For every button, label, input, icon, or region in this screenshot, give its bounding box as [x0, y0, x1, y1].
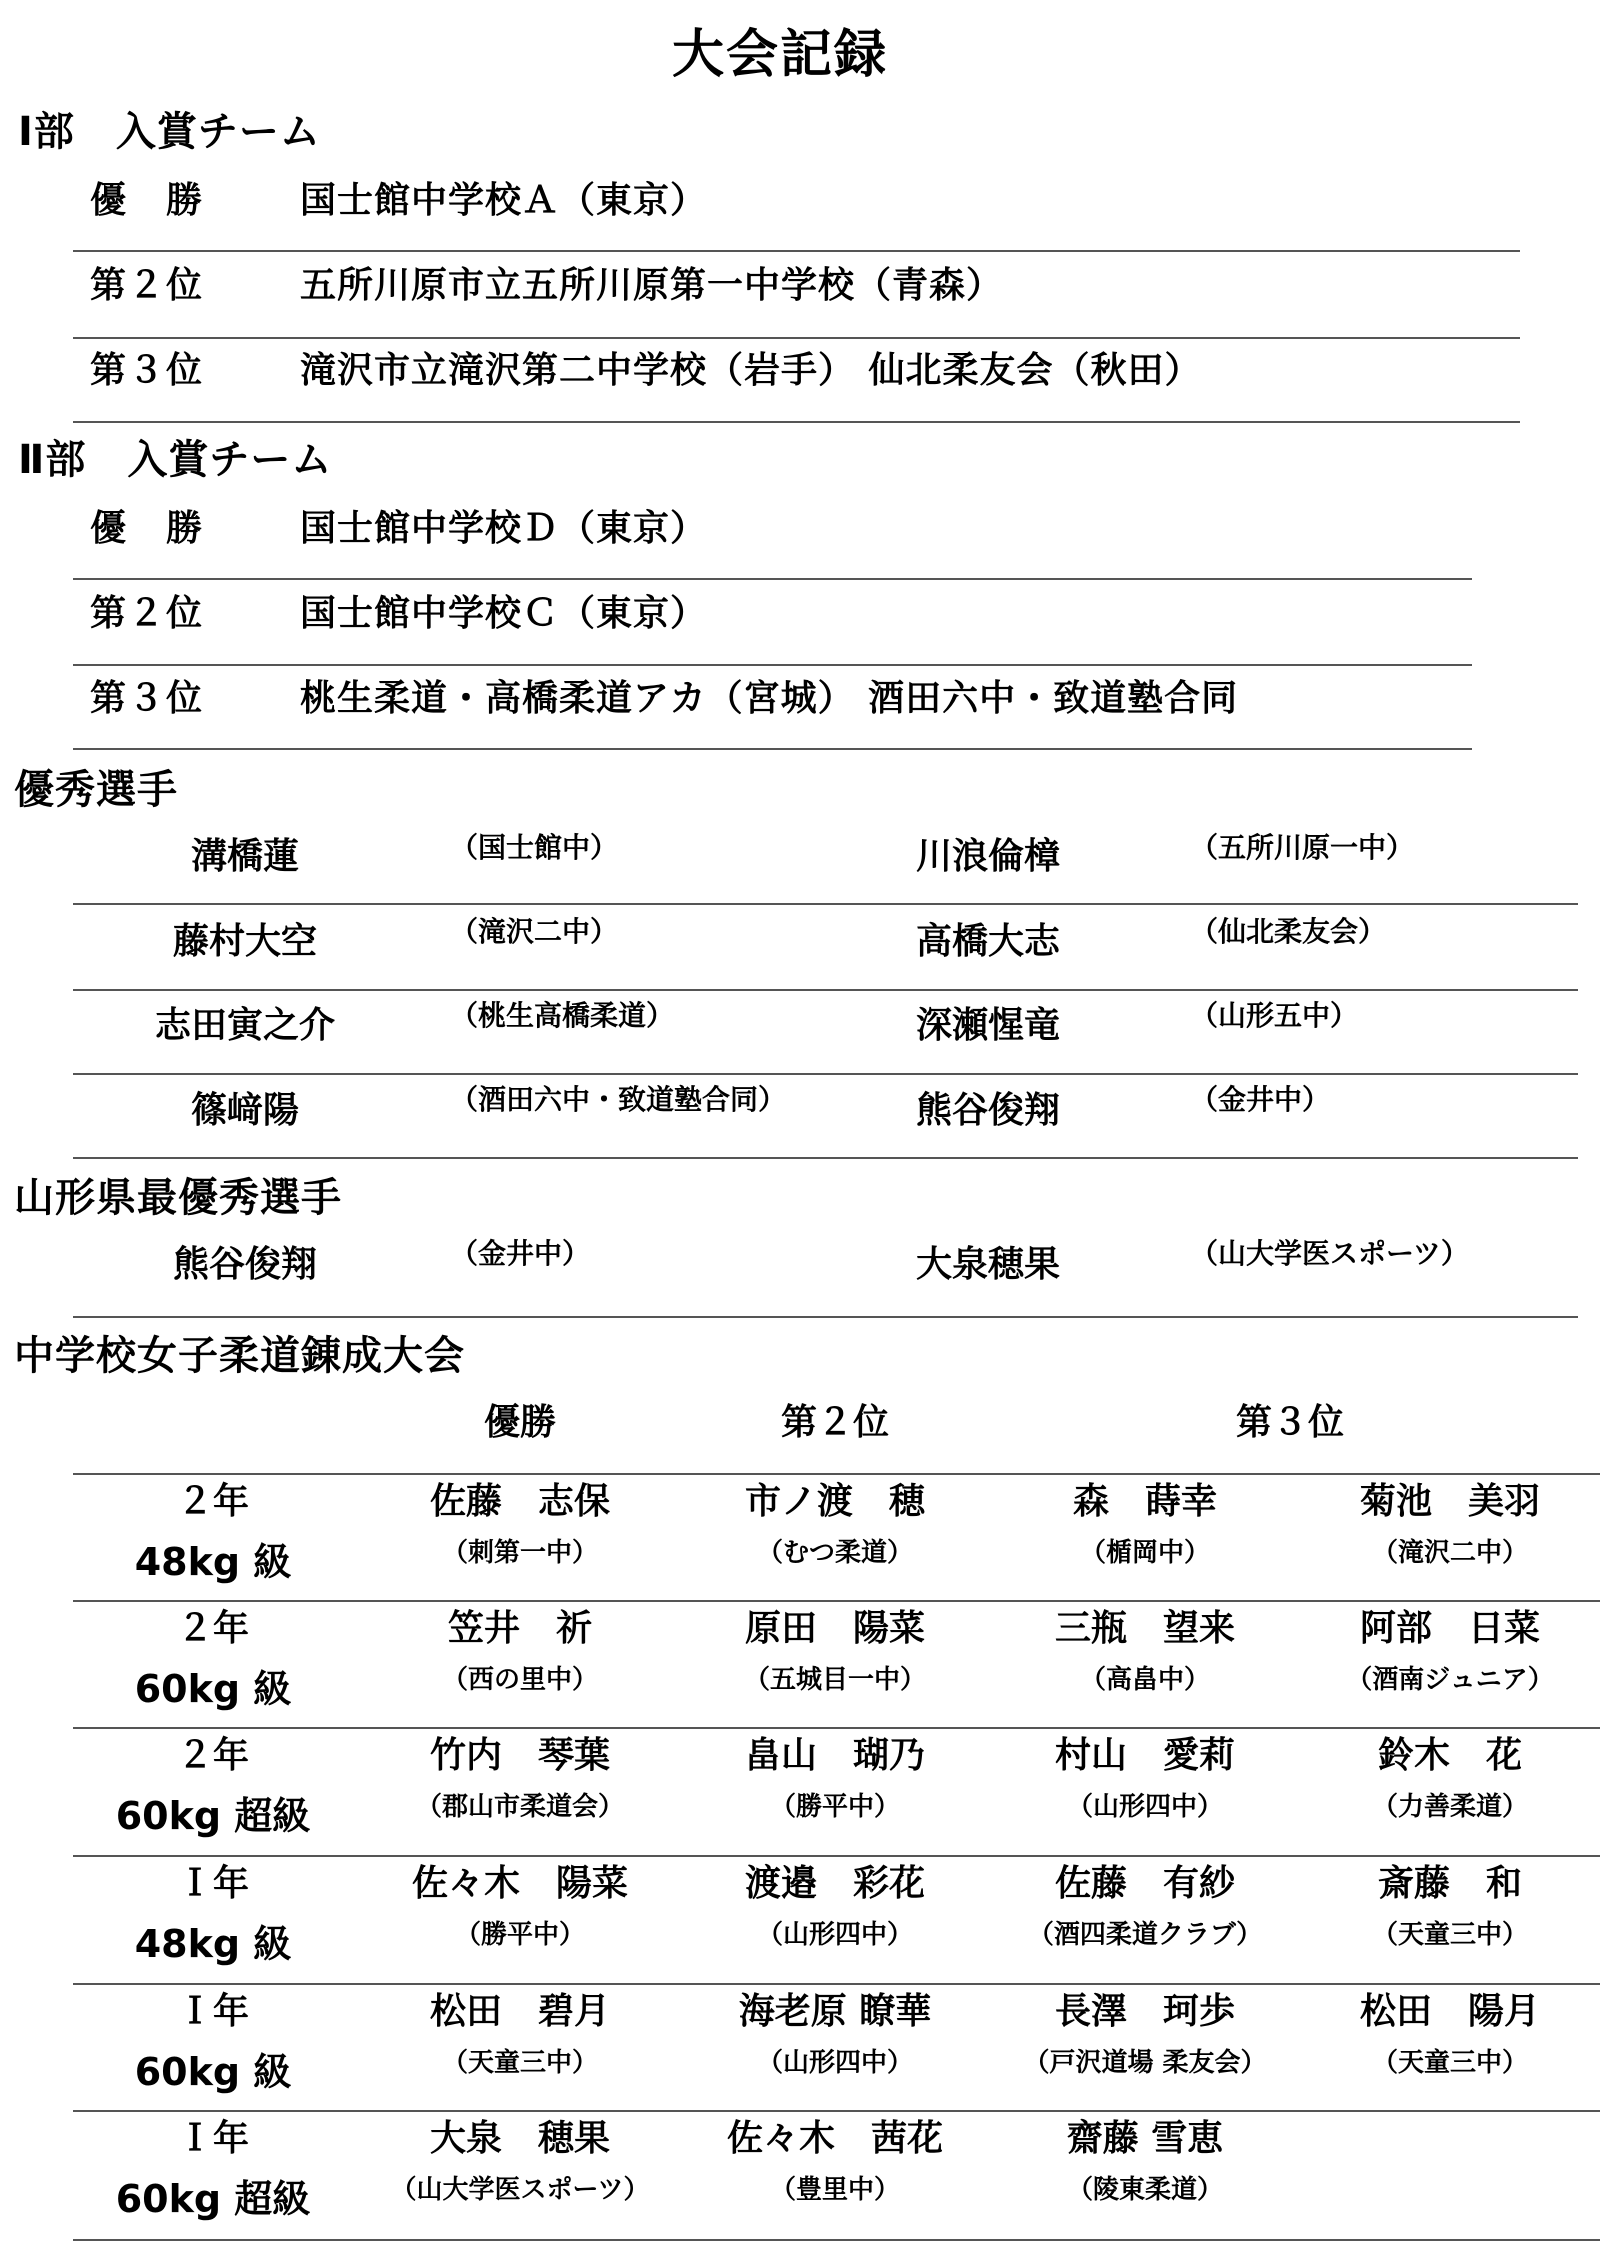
result-third: 松田 陽月 （天童三中）: [1300, 1990, 1600, 2080]
column-header-winner: 優勝: [420, 1394, 620, 1445]
division2-team: 国士館中学校Ｄ（東京）: [300, 500, 707, 551]
divider: [73, 1600, 1600, 1602]
player-name: 志田寅之介: [115, 997, 375, 1048]
athlete-name: 市ノ渡 穂: [685, 1480, 985, 1524]
athlete-name: 菊池 美羽: [1300, 1480, 1600, 1524]
grade: Ｉ年: [73, 1990, 353, 2034]
athlete-affiliation: （楯岡中）: [995, 1536, 1295, 1570]
grade: ２年: [73, 1480, 353, 1524]
player-affiliation: （山形五中）: [1190, 994, 1358, 1034]
result-winner: 竹内 琴葉 （郡山市柔道会）: [370, 1734, 670, 1824]
athlete-name: 鈴木 花: [1300, 1734, 1600, 1778]
athlete-affiliation: （戸沢道場 柔友会）: [995, 2046, 1295, 2080]
athlete-affiliation: （天童三中）: [1300, 1918, 1600, 1952]
weight-class: 60kg 超級: [73, 2177, 353, 2221]
result-winner: 大泉 穂果 （山大学医スポーツ）: [370, 2117, 670, 2207]
girls-heading: 中学校女子柔道錬成大会: [14, 1324, 465, 1381]
weight-class: 48kg 級: [73, 1922, 353, 1966]
athlete-affiliation: （豊里中）: [685, 2173, 985, 2207]
result-second: 原田 陽菜 （五城目一中）: [685, 1607, 985, 1697]
athlete-affiliation: （天童三中）: [370, 2046, 670, 2080]
category-cell: Ｉ年 48kg 級: [73, 1862, 353, 1966]
category-cell: Ｉ年 60kg 級: [73, 1990, 353, 2094]
player-name: 藤村大空: [115, 913, 375, 964]
athlete-affiliation: （五城目一中）: [685, 1663, 985, 1697]
player-name: 大泉穂果: [858, 1236, 1118, 1287]
grade: Ｉ年: [73, 2117, 353, 2161]
athlete-affiliation: （郡山市柔道会）: [370, 1790, 670, 1824]
athlete-name: 齋藤 雪恵: [995, 2117, 1295, 2161]
result-winner: 佐藤 志保 （刺第一中）: [370, 1480, 670, 1570]
outstanding-heading: 優秀選手: [14, 758, 178, 815]
grade: Ｉ年: [73, 1862, 353, 1906]
divider: [73, 337, 1520, 339]
athlete-affiliation: （天童三中）: [1300, 2046, 1600, 2080]
result-third: 村山 愛莉 （山形四中）: [995, 1734, 1295, 1824]
division1-team: 滝沢市立滝沢第二中学校（岩手） 仙北柔友会（秋田）: [300, 342, 1202, 393]
athlete-name: 笠井 祈: [370, 1607, 670, 1651]
player-name: 川浪倫樟: [858, 828, 1118, 879]
divider: [73, 1473, 1600, 1475]
division2-team: 国士館中学校Ｃ（東京）: [300, 585, 707, 636]
result-second: 海老原 瞭華 （山形四中）: [685, 1990, 985, 2080]
athlete-affiliation: （酒四柔道クラブ）: [995, 1918, 1295, 1952]
weight-class: 48kg 級: [73, 1540, 353, 1584]
result-second: 市ノ渡 穂 （むつ柔道）: [685, 1480, 985, 1570]
result-third: 齋藤 雪恵 （陵東柔道）: [995, 2117, 1295, 2207]
athlete-affiliation: （勝平中）: [370, 1918, 670, 1952]
category-cell: ２年 48kg 級: [73, 1480, 353, 1584]
result-second: 渡邉 彩花 （山形四中）: [685, 1862, 985, 1952]
player-name: 深瀬惺竜: [858, 997, 1118, 1048]
player-affiliation: （桃生高橋柔道）: [450, 994, 674, 1034]
result-winner: 松田 碧月 （天童三中）: [370, 1990, 670, 2080]
divider: [73, 2110, 1600, 2112]
result-second: 佐々木 茜花 （豊里中）: [685, 2117, 985, 2207]
athlete-name: 佐藤 有紗: [995, 1862, 1295, 1906]
athlete-affiliation: （むつ柔道）: [685, 1536, 985, 1570]
column-header-second: 第２位: [735, 1394, 935, 1445]
category-cell: ２年 60kg 級: [73, 1607, 353, 1711]
player-affiliation: （五所川原一中）: [1190, 826, 1414, 866]
category-cell: ２年 60kg 超級: [73, 1734, 353, 1838]
athlete-name: 斎藤 和: [1300, 1862, 1600, 1906]
category-cell: Ｉ年 60kg 超級: [73, 2117, 353, 2221]
athlete-name: 長澤 珂歩: [995, 1990, 1295, 2034]
athlete-affiliation: （滝沢二中）: [1300, 1536, 1600, 1570]
player-name: 熊谷俊翔: [115, 1236, 375, 1287]
weight-class: 60kg 級: [73, 2050, 353, 2094]
athlete-name: 村山 愛莉: [995, 1734, 1295, 1778]
divider: [73, 2239, 1600, 2241]
result-third: 佐藤 有紗 （酒四柔道クラブ）: [995, 1862, 1295, 1952]
athlete-affiliation: （酒南ジュニア）: [1300, 1663, 1600, 1697]
divider: [73, 989, 1578, 991]
player-affiliation: （仙北柔友会）: [1190, 910, 1386, 950]
result-third: 阿部 日菜 （酒南ジュニア）: [1300, 1607, 1600, 1697]
divider: [73, 1727, 1600, 1729]
result-third: 長澤 珂歩 （戸沢道場 柔友会）: [995, 1990, 1295, 2080]
result-winner: 佐々木 陽菜 （勝平中）: [370, 1862, 670, 1952]
player-name: 溝橋蓮: [115, 828, 375, 879]
division1-rank: 第３位: [90, 342, 204, 393]
athlete-name: 森 蒔幸: [995, 1480, 1295, 1524]
result-third: 森 蒔幸 （楯岡中）: [995, 1480, 1295, 1570]
division2-team: 桃生柔道・高橋柔道アカ（宮城） 酒田六中・致道塾合同: [300, 670, 1238, 721]
athlete-affiliation: （陵東柔道）: [995, 2173, 1295, 2207]
divider: [73, 1157, 1578, 1159]
divider: [73, 1316, 1578, 1318]
yamagata-best-heading: 山形県最優秀選手: [14, 1166, 342, 1223]
athlete-name: 海老原 瞭華: [685, 1990, 985, 2034]
athlete-affiliation: （刺第一中）: [370, 1536, 670, 1570]
player-affiliation: （山大学医スポーツ）: [1190, 1232, 1469, 1272]
division1-rank: 優 勝: [90, 172, 204, 223]
athlete-name: 松田 陽月: [1300, 1990, 1600, 2034]
athlete-affiliation: （山形四中）: [995, 1790, 1295, 1824]
divider: [73, 664, 1472, 666]
athlete-affiliation: （山大学医スポーツ）: [370, 2173, 670, 2207]
result-third: 菊池 美羽 （滝沢二中）: [1300, 1480, 1600, 1570]
divider: [73, 903, 1578, 905]
divider: [73, 578, 1472, 580]
column-header-third: 第３位: [1190, 1394, 1390, 1445]
athlete-affiliation: （西の里中）: [370, 1663, 670, 1697]
athlete-affiliation: （山形四中）: [685, 1918, 985, 1952]
athlete-name: 佐々木 陽菜: [370, 1862, 670, 1906]
division2-rank: 第２位: [90, 585, 204, 636]
grade: ２年: [73, 1607, 353, 1651]
athlete-name: 阿部 日菜: [1300, 1607, 1600, 1651]
division1-team: 五所川原市立五所川原第一中学校（青森）: [300, 257, 1003, 308]
result-third: 斎藤 和 （天童三中）: [1300, 1862, 1600, 1952]
athlete-name: 三瓶 望来: [995, 1607, 1295, 1651]
athlete-affiliation: （山形四中）: [685, 2046, 985, 2080]
athlete-name: 竹内 琴葉: [370, 1734, 670, 1778]
player-affiliation: （金井中）: [450, 1232, 590, 1272]
athlete-name: 佐々木 茜花: [685, 2117, 985, 2161]
athlete-name: 畠山 瑚乃: [685, 1734, 985, 1778]
result-second: 畠山 瑚乃 （勝平中）: [685, 1734, 985, 1824]
athlete-affiliation: （力善柔道）: [1300, 1790, 1600, 1824]
divider: [73, 250, 1520, 252]
result-third: 鈴木 花 （力善柔道）: [1300, 1734, 1600, 1824]
result-third: 三瓶 望来 （高畠中）: [995, 1607, 1295, 1697]
weight-class: 60kg 級: [73, 1667, 353, 1711]
divider: [73, 748, 1472, 750]
athlete-name: 渡邉 彩花: [685, 1862, 985, 1906]
weight-class: 60kg 超級: [73, 1794, 353, 1838]
divider: [73, 1855, 1600, 1857]
player-affiliation: （酒田六中・致道塾合同）: [450, 1078, 786, 1118]
player-name: 熊谷俊翔: [858, 1082, 1118, 1133]
result-winner: 笠井 祈 （西の里中）: [370, 1607, 670, 1697]
division1-heading: Ⅰ部 入賞チーム: [18, 100, 321, 157]
division1-rank: 第２位: [90, 257, 204, 308]
divider: [73, 1073, 1578, 1075]
player-name: 篠﨑陽: [115, 1082, 375, 1133]
athlete-name: 佐藤 志保: [370, 1480, 670, 1524]
divider: [73, 1983, 1600, 1985]
division2-rank: 優 勝: [90, 500, 204, 551]
player-name: 高橋大志: [858, 913, 1118, 964]
athlete-affiliation: （勝平中）: [685, 1790, 985, 1824]
athlete-affiliation: （高畠中）: [995, 1663, 1295, 1697]
division2-heading: Ⅱ部 入賞チーム: [18, 428, 332, 485]
athlete-name: 原田 陽菜: [685, 1607, 985, 1651]
division1-team: 国士館中学校Ａ（東京）: [300, 172, 707, 223]
athlete-name: 松田 碧月: [370, 1990, 670, 2034]
page-title: 大会記録: [0, 12, 1560, 87]
athlete-name: 大泉 穂果: [370, 2117, 670, 2161]
player-affiliation: （滝沢二中）: [450, 910, 618, 950]
player-affiliation: （国士館中）: [450, 826, 618, 866]
player-affiliation: （金井中）: [1190, 1078, 1330, 1118]
grade: ２年: [73, 1734, 353, 1778]
division2-rank: 第３位: [90, 670, 204, 721]
divider: [73, 421, 1520, 423]
